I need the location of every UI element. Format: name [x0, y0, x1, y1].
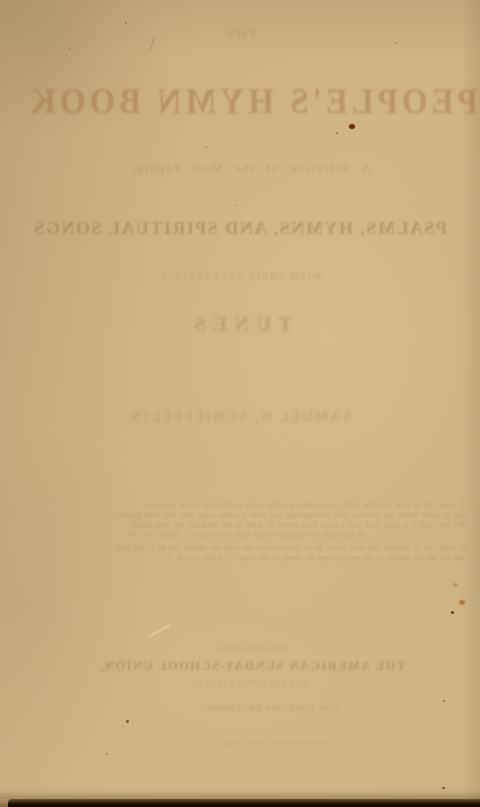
paper-fiber	[150, 36, 155, 50]
showthrough-epigraph-line: Let us come before his presence with tha…	[55, 510, 465, 519]
paper-speck	[106, 753, 108, 755]
paper-speck	[442, 787, 445, 789]
showthrough-epigraph-line: For the Lord is a great God, and a great…	[70, 520, 465, 529]
showthrough-subtitle: A Selection of the Most Popular	[10, 163, 480, 175]
showthrough-epigraph-line: O come, let us worship and bow down: let…	[55, 543, 465, 552]
showthrough-layer: THE PEOPLE'S HYMN BOOK A Selection of th…	[0, 0, 480, 807]
scan-edge	[8, 799, 480, 807]
showthrough-half-title: THE	[0, 26, 480, 41]
showthrough-city-line: PHILADELPHIA:	[10, 645, 480, 654]
ink-spot	[349, 124, 355, 129]
showthrough-branch-line: NEW YORK: 599 BROADWAY.	[32, 703, 480, 713]
foxing-spot	[453, 583, 458, 587]
showthrough-subject-line: PSALMS, HYMNS, AND SPIRITUAL SONGS	[0, 218, 480, 239]
showthrough-with-line: WITH THEIR APPROPRIATE	[0, 272, 480, 282]
showthrough-copyright-line: Entered according to Act of Congress	[35, 740, 480, 747]
foxing-spot	[459, 600, 465, 605]
scanned-book-page: THE PEOPLE'S HYMN BOOK A Selection of th…	[0, 0, 480, 807]
paper-speck	[336, 132, 338, 134]
paper-speck	[205, 146, 207, 148]
showthrough-book-title: PEOPLE'S HYMN BOOK	[12, 83, 480, 123]
showthrough-author-line: SAMUEL B. SCHIEFFELIN	[0, 409, 480, 426]
paper-speck	[395, 42, 397, 44]
showthrough-address-line: 1122 CHESTNUT STREET.	[12, 679, 480, 688]
showthrough-publisher-line: THE AMERICAN SUNDAY-SCHOOL UNION,	[12, 659, 480, 674]
showthrough-epigraph-line: and we are the people of his pasture, an…	[62, 553, 465, 562]
showthrough-epigraph-line: of the earth: the strength of the hills …	[5, 530, 480, 539]
showthrough-tunes-line: TUNES	[0, 312, 480, 337]
paper-speck	[68, 48, 71, 50]
paper-speck	[234, 204, 236, 206]
paper-speck	[443, 700, 445, 702]
paper-scratch	[147, 624, 171, 638]
paper-speck	[125, 22, 127, 24]
paper-speck	[126, 720, 129, 723]
showthrough-epigraph-line: O come, let us sing unto the Lord: let u…	[55, 500, 465, 509]
paper-speck	[451, 611, 454, 614]
